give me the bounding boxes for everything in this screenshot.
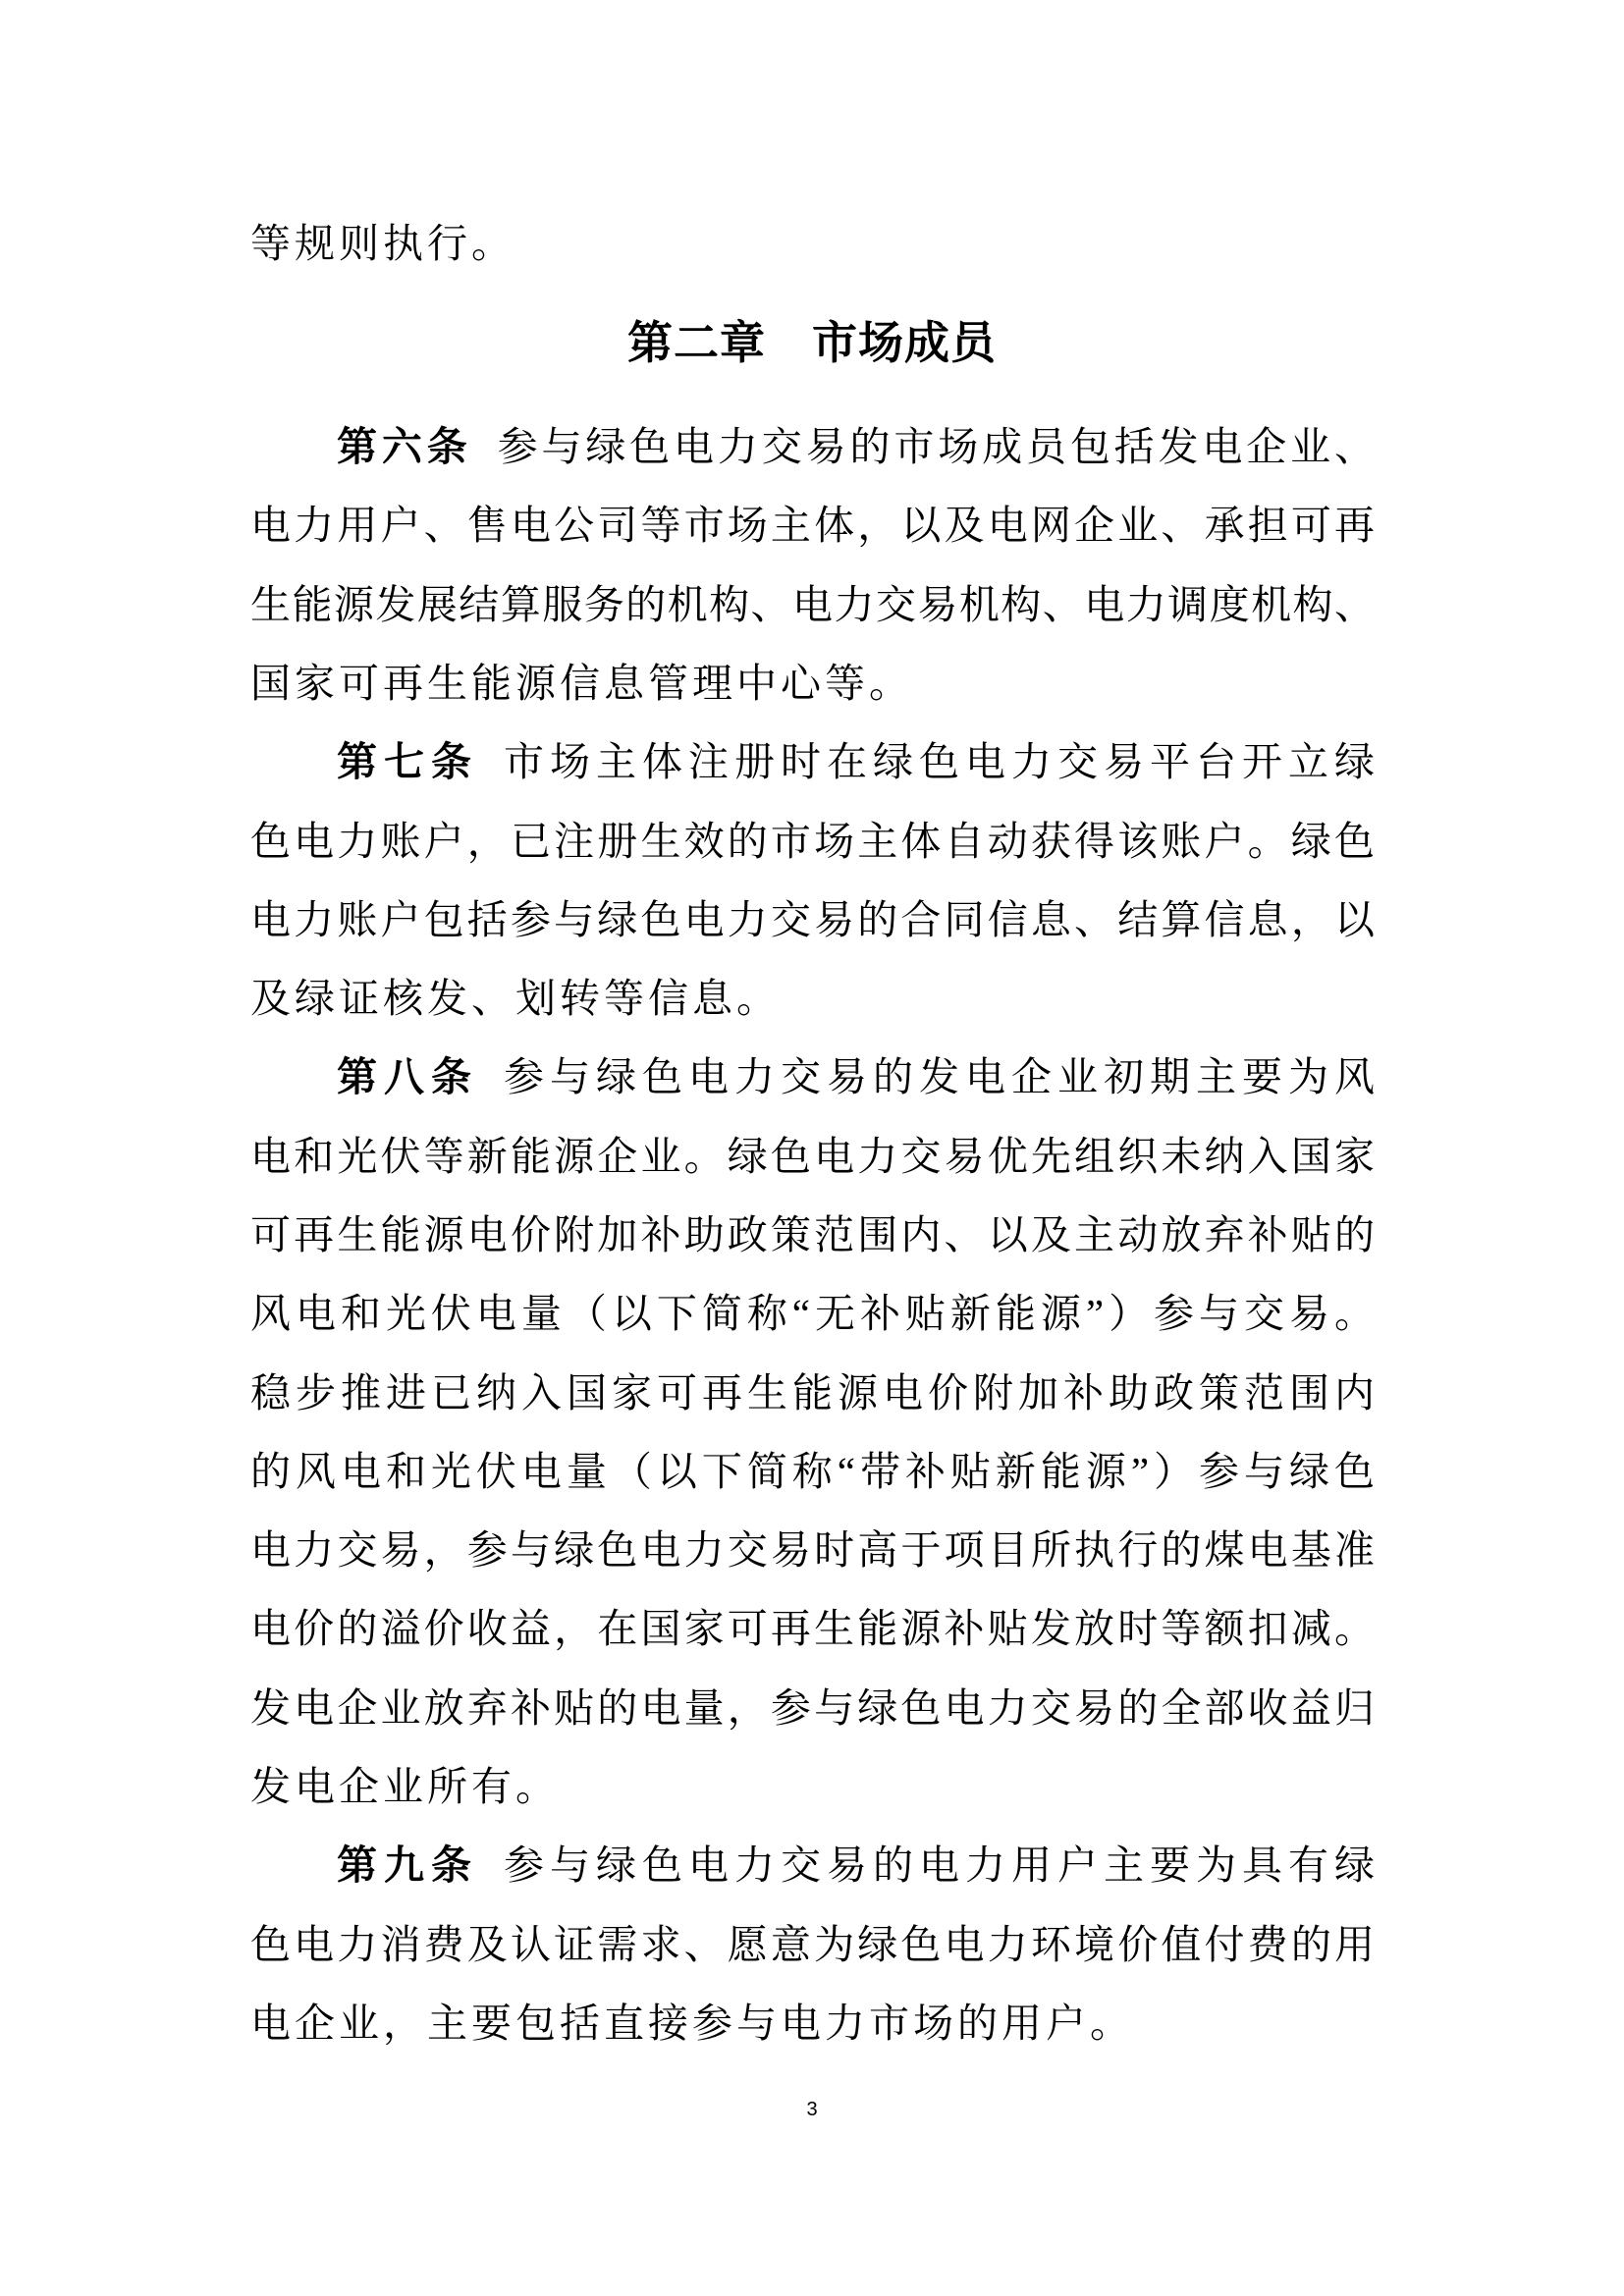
article-line: 电力账户包括参与绿色电力交易的合同信息、结算信息，以 [250,881,1376,959]
article-number: 第九条 [337,1842,478,1889]
article-number: 第六条 [337,423,472,470]
article-line: 第六条参与绿色电力交易的市场成员包括发电企业、 [337,407,1376,486]
article-line: 风电和光伏电量（以下简称“无补贴新能源”）参与交易。 [250,1274,1376,1353]
article-text: 参与绿色电力交易的电力用户主要为具有绿 [504,1842,1376,1888]
article-line: 电价的溢价收益，在国家可再生能源补贴发放时等额扣减。 [250,1589,1376,1668]
article-line: 国家可再生能源信息管理中心等。 [250,644,1376,722]
article-line: 稳步推进已纳入国家可再生能源电价附加补助政策范围内 [250,1354,1376,1432]
article-line: 可再生能源电价附加补助政策范围内、以及主动放弃补贴的 [250,1196,1376,1274]
article-line: 电企业，主要包括直接参与电力市场的用户。 [250,1984,1376,2062]
article-text: 参与绿色电力交易的市场成员包括发电企业、 [498,424,1376,469]
page-number: 3 [0,2095,1624,2124]
article-line: 第八条参与绿色电力交易的发电企业初期主要为风 [337,1038,1376,1116]
article-line: 生能源发展结算服务的机构、电力交易机构、电力调度机构、 [250,565,1376,644]
article-text: 市场主体注册时在绿色电力交易平台开立绿 [504,739,1376,784]
article-number: 第八条 [337,1053,478,1100]
article-text: 参与绿色电力交易的发电企业初期主要为风 [504,1054,1376,1099]
chapter-title: 第二章 市场成员 [0,303,1624,382]
article-line: 电力用户、售电公司等市场主体，以及电网企业、承担可再 [250,486,1376,564]
article-line: 及绿证核发、划转等信息。 [250,959,1376,1038]
article-line: 发电企业放弃补贴的电量，参与绿色电力交易的全部收益归 [250,1669,1376,1747]
continuation-text: 等规则执行。 [250,204,1376,283]
article-line: 发电企业所有。 [250,1747,1376,1826]
article-line: 色电力账户，已注册生效的市场主体自动获得该账户。绿色 [250,802,1376,881]
article-line: 第七条市场主体注册时在绿色电力交易平台开立绿 [337,722,1376,801]
article-line: 电力交易，参与绿色电力交易时高于项目所执行的煤电基准 [250,1511,1376,1589]
article-number: 第七条 [337,738,478,785]
article-line: 的风电和光伏电量（以下简称“带补贴新能源”）参与绿色 [250,1432,1376,1511]
article-line: 第九条参与绿色电力交易的电力用户主要为具有绿 [337,1826,1376,1904]
article-line: 色电力消费及认证需求、愿意为绿色电力环境价值付费的用 [250,1905,1376,1984]
article-line: 电和光伏等新能源企业。绿色电力交易优先组织未纳入国家 [250,1117,1376,1196]
document-page: 等规则执行。 第二章 市场成员 第六条参与绿色电力交易的市场成员包括发电企业、 … [0,0,1624,2296]
